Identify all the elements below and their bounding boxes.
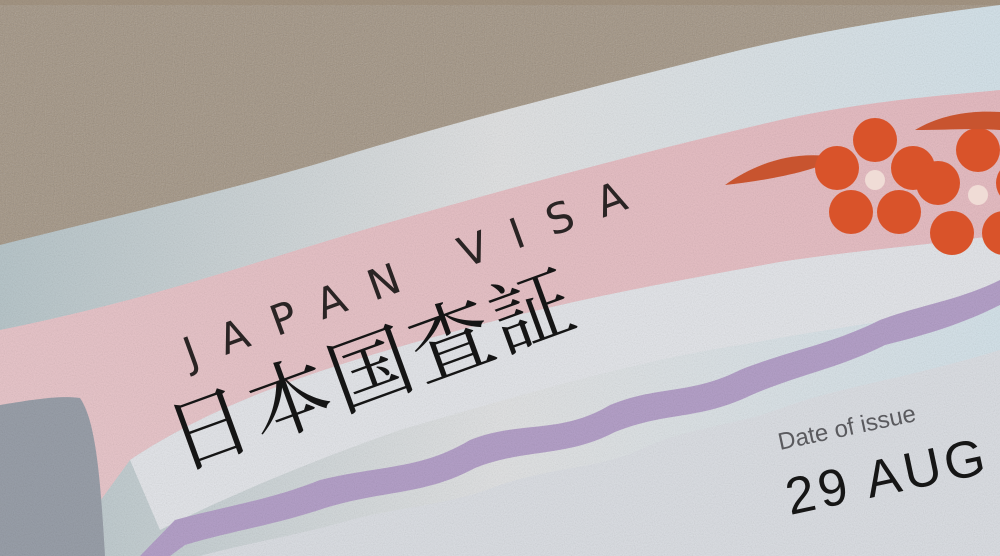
visa-photo: JAPAN VISA 日本国査証 Date of issue 29 AUG	[0, 0, 1000, 556]
left-edge-stamp	[0, 397, 105, 556]
